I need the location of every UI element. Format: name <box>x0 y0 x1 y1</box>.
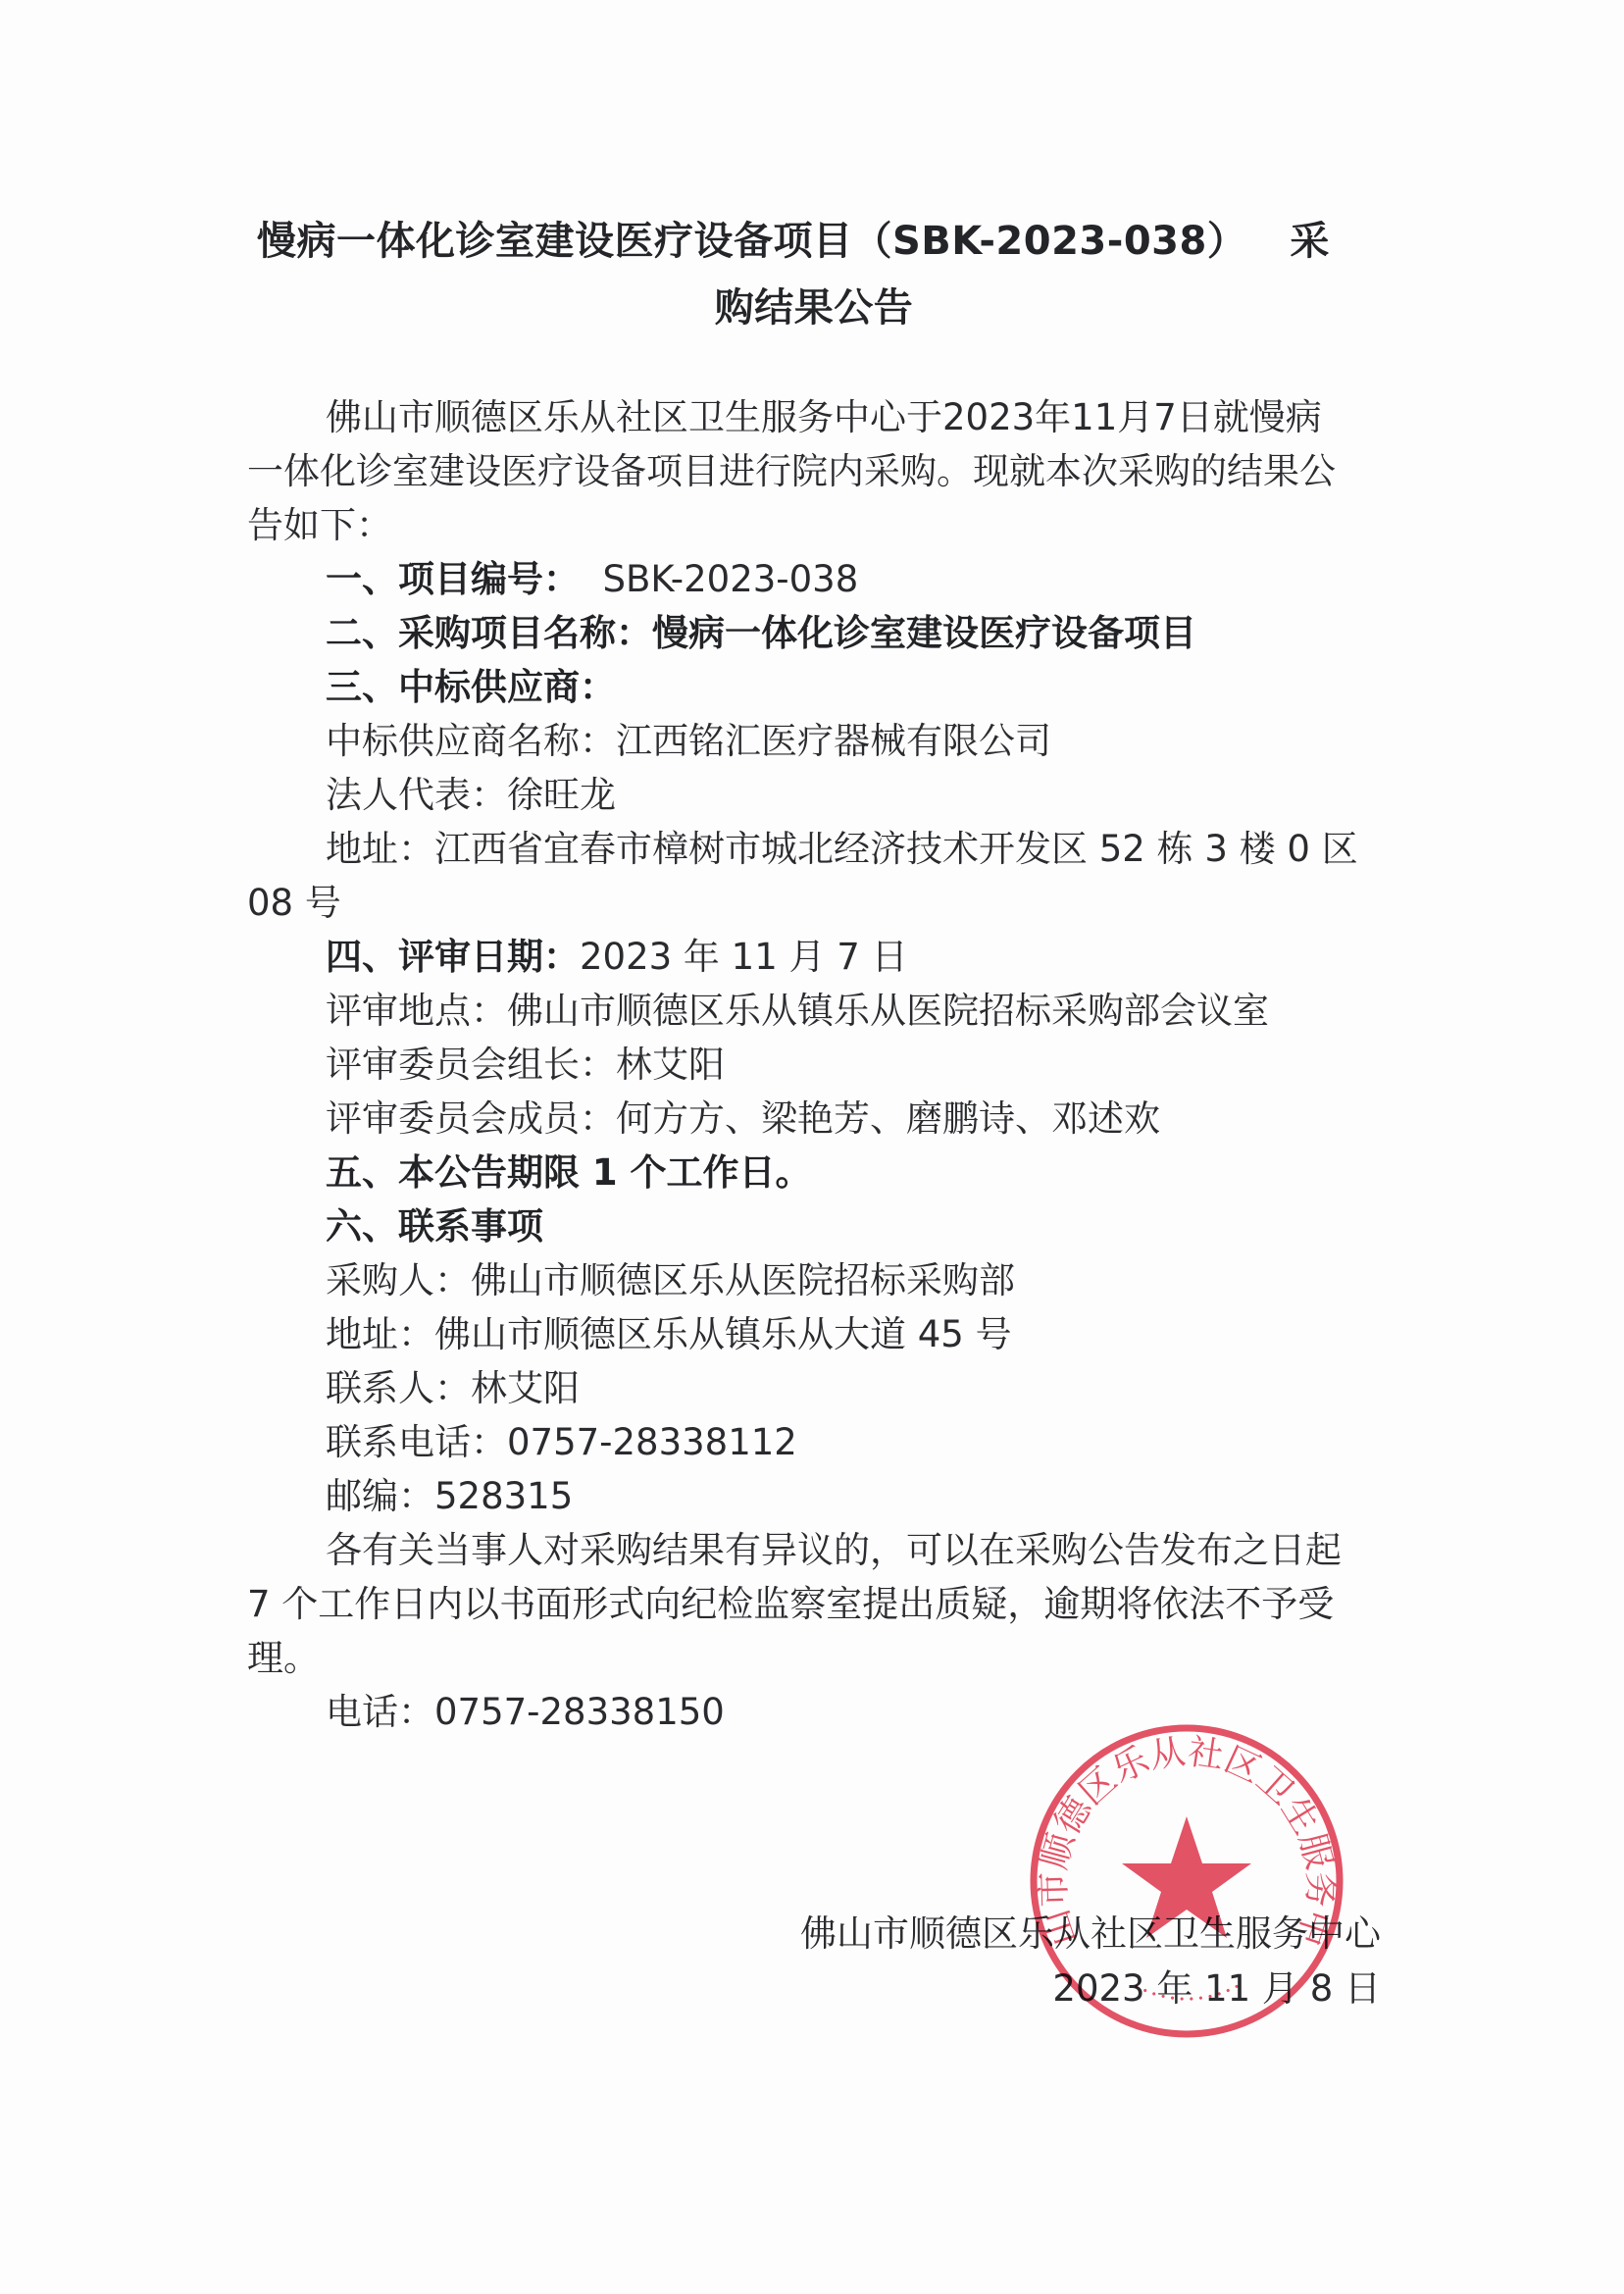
field-value: 林艾阳 <box>616 1044 725 1086</box>
objection-line-1: 各有关当事人对采购结果有异议的，可以在采购公告发布之日起 <box>247 1523 1385 1577</box>
field-value: 528315 <box>434 1475 573 1517</box>
objection-line-3: 理。 <box>247 1631 1385 1685</box>
field-label: 电话： <box>326 1691 434 1733</box>
section-heading: 四、评审日期： <box>326 936 580 978</box>
title-tail: 采 <box>1290 219 1330 264</box>
project-name-value: 慢病一体化诊室建设医疗设备项目 <box>652 612 1196 654</box>
supplier-address: 地址：江西省宜春市樟树市城北经济技术开发区 52 栋 3 楼 0 区 <box>247 822 1385 876</box>
contact-phone: 联系电话：0757-28338112 <box>247 1415 1385 1469</box>
document-title-line1: 慢病一体化诊室建设医疗设备项目（SBK-2023-038）采 <box>257 208 1395 275</box>
field-label: 联系人： <box>326 1367 471 1409</box>
purchaser-address: 地址：佛山市顺德区乐从镇乐从大道 45 号 <box>247 1307 1385 1361</box>
section-heading: 二、采购项目名称： <box>326 612 652 654</box>
postcode: 邮编：528315 <box>247 1469 1385 1523</box>
intro-line-1: 佛山市顺德区乐从社区卫生服务中心于2023年11月7日就慢病 <box>247 390 1385 444</box>
review-date-value: 2023 年 11 月 7 日 <box>580 936 908 978</box>
legal-representative: 法人代表：徐旺龙 <box>247 768 1385 822</box>
field-value: 佛山市顺德区乐从镇乐从医院招标采购部会议室 <box>507 990 1269 1032</box>
star-icon <box>1122 1816 1251 1938</box>
field-value: 0757-28338112 <box>507 1421 797 1463</box>
section-review-date: 四、评审日期：2023 年 11 月 7 日 <box>247 930 1385 984</box>
section-winning-supplier: 三、中标供应商： <box>247 660 1385 714</box>
project-number-value: SBK-2023-038 <box>603 558 859 600</box>
field-label: 地址： <box>326 1313 434 1355</box>
field-label: 地址： <box>326 828 434 870</box>
field-value: 徐旺龙 <box>507 774 616 816</box>
section-contact: 六、联系事项 <box>247 1199 1385 1253</box>
purchaser: 采购人：佛山市顺德区乐从医院招标采购部 <box>247 1253 1385 1307</box>
section-notice-period: 五、本公告期限 1 个工作日。 <box>247 1146 1385 1199</box>
field-value: 江西铭汇医疗器械有限公司 <box>616 720 1051 762</box>
document-page: 慢病一体化诊室建设医疗设备项目（SBK-2023-038）采 购结果公告 佛山市… <box>0 0 1624 2294</box>
seal-serial-dots: • • • • • • • • • • • • <box>1131 1980 1243 2007</box>
field-value: 江西省宜春市樟树市城北经济技术开发区 52 栋 3 楼 0 区 <box>434 828 1358 870</box>
intro-line-3: 告如下： <box>247 498 1385 552</box>
title-main: 慢病一体化诊室建设医疗设备项目（SBK-2023-038） <box>257 219 1246 264</box>
document-body: 佛山市顺德区乐从社区卫生服务中心于2023年11月7日就慢病 一体化诊室建设医疗… <box>247 390 1385 1739</box>
field-value: 林艾阳 <box>471 1367 580 1409</box>
field-label: 评审委员会组长： <box>326 1044 616 1086</box>
intro-line-2: 一体化诊室建设医疗设备项目进行院内采购。现就本次采购的结果公 <box>247 444 1385 498</box>
field-label: 联系电话： <box>326 1421 507 1463</box>
supplier-address-cont: 08 号 <box>247 876 1385 930</box>
field-label: 采购人： <box>326 1259 471 1301</box>
section-project-name: 二、采购项目名称：慢病一体化诊室建设医疗设备项目 <box>247 606 1385 660</box>
objection-line-2: 7 个工作日内以书面形式向纪检监察室提出质疑，逾期将依法不予受 <box>247 1577 1385 1631</box>
field-label: 评审地点： <box>326 990 507 1032</box>
field-label: 法人代表： <box>326 774 507 816</box>
supplier-name: 中标供应商名称：江西铭汇医疗器械有限公司 <box>247 714 1385 768</box>
field-value: 佛山市顺德区乐从医院招标采购部 <box>471 1259 1015 1301</box>
section-heading: 一、项目编号： <box>326 558 580 600</box>
contact-person: 联系人：林艾阳 <box>247 1361 1385 1415</box>
field-value: 何方方、梁艳芳、磨鹏诗、邓述欢 <box>616 1097 1160 1140</box>
field-label: 评审委员会成员： <box>326 1097 616 1140</box>
field-value: 0757-28338150 <box>434 1691 725 1733</box>
review-venue: 评审地点：佛山市顺德区乐从镇乐从医院招标采购部会议室 <box>247 984 1385 1038</box>
field-label: 邮编： <box>326 1475 434 1517</box>
committee-leader: 评审委员会组长：林艾阳 <box>247 1038 1385 1092</box>
official-seal: 佛山市顺德区乐从社区卫生服务中心 • • • • • • • • • • • • <box>1026 1720 1347 2042</box>
field-value: 佛山市顺德区乐从镇乐从大道 45 号 <box>434 1313 1012 1355</box>
committee-members: 评审委员会成员：何方方、梁艳芳、磨鹏诗、邓述欢 <box>247 1092 1385 1146</box>
document-title-line2: 购结果公告 <box>247 275 1381 341</box>
field-label: 中标供应商名称： <box>326 720 616 762</box>
section-project-number: 一、项目编号： SBK-2023-038 <box>247 552 1385 606</box>
